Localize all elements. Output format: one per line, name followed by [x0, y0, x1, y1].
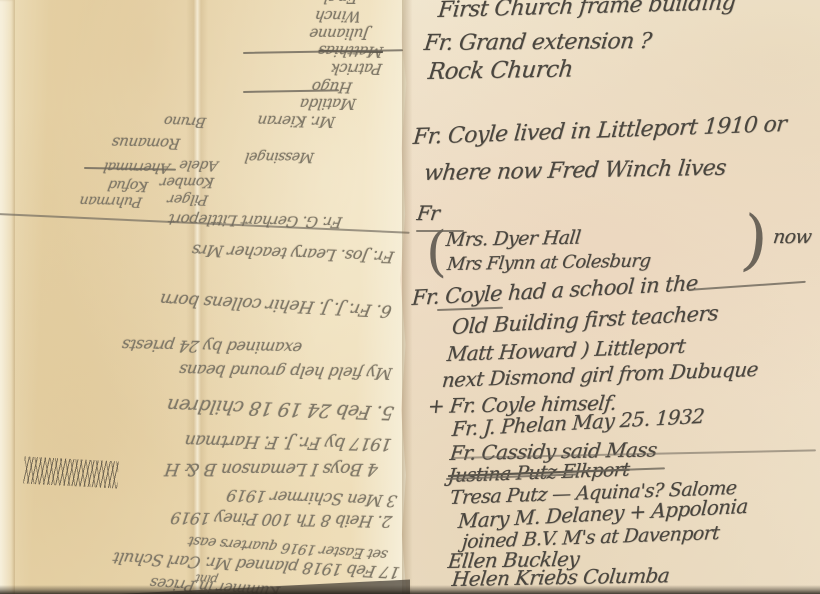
- name-entry: Mr. Kieran: [209, 112, 336, 129]
- handwriting-line: Mrs. Dyer Hall: [445, 229, 581, 250]
- name-entry: Messingel: [205, 150, 315, 164]
- name-entry: Winch: [275, 7, 362, 23]
- name-entry: Komber: [137, 175, 215, 189]
- scanned-document: First Church frame building Fr. Grand ex…: [0, 0, 820, 594]
- name-entry: Pilger: [135, 191, 209, 206]
- name-entry: Hugo: [279, 78, 353, 94]
- name-entry: Julianne: [263, 26, 370, 41]
- scribble-mark: [23, 457, 118, 489]
- bottom-edge-shadow: [0, 585, 820, 594]
- name-entry: Engl: [282, 0, 359, 5]
- name-entry: Patrick: [269, 61, 383, 76]
- name-entry: Bruno: [147, 113, 207, 129]
- name-entry: Puhrman: [57, 193, 143, 208]
- handwriting-line: Mrs Flynn at Colesburg: [446, 252, 651, 274]
- name-entry: Matilda: [255, 96, 357, 111]
- name-entry: Romanus: [79, 134, 181, 151]
- pencil-overline-fr: [416, 230, 464, 232]
- page-seam-shadow: [402, 0, 416, 594]
- handwriting-line: now: [772, 228, 812, 247]
- handwriting-line: where now Fred Winch lives: [423, 158, 727, 185]
- handwriting-line: Rock Church: [427, 58, 574, 84]
- handwriting-line: Fr. Grand extension ?: [423, 31, 653, 55]
- handwriting-line-inverted: examined by 24 priests: [91, 336, 303, 356]
